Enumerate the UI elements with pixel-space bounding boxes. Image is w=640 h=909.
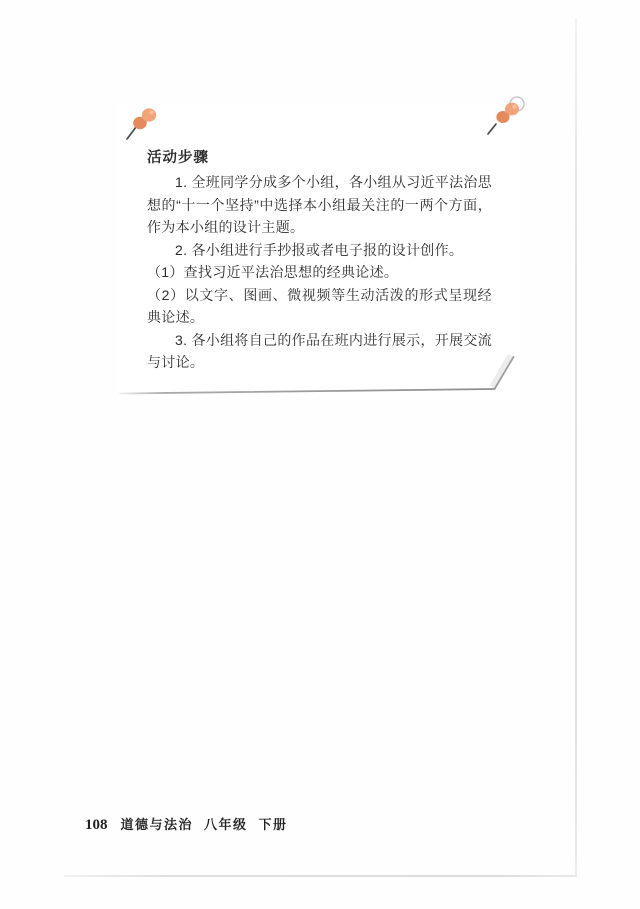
step-item-3: 3. 各小组将自己的作品在班内进行展示，开展交流与讨论。 — [147, 329, 492, 374]
footer-grade: 八年级 — [204, 814, 248, 833]
footer-volume: 下册 — [259, 814, 288, 833]
textbook-page: 活动步骤 1. 全班同学分成多个小组，各小组从习近平法治思想的“十一个坚持”中选… — [0, 0, 640, 909]
step-item-1: 1. 全班同学分成多个小组，各小组从习近平法治思想的“十一个坚持”中选择本小组最… — [147, 171, 492, 239]
footer-book-title: 道德与法治 — [121, 814, 194, 833]
card-steps: 1. 全班同学分成多个小组，各小组从习近平法治思想的“十一个坚持”中选择本小组最… — [147, 171, 492, 374]
pushpin-left-icon — [122, 103, 162, 148]
step-item-2-2: （2）以文字、图画、微视频等生动活泼的形式呈现经典论述。 — [147, 284, 492, 329]
pushpin-right-icon — [478, 93, 528, 145]
step-item-2-1: （1）查找习近平法治思想的经典论述。 — [147, 261, 492, 284]
page-scan-edge-bottom — [64, 875, 577, 877]
page-footer: 108 道德与法治 八年级 下册 — [85, 814, 299, 834]
page-scan-edge-right — [575, 18, 577, 876]
card-heading: 活动步骤 — [147, 146, 209, 167]
step-item-2: 2. 各小组进行手抄报或者电子报的设计创作。 — [147, 239, 492, 262]
page-number: 108 — [85, 817, 108, 834]
note-card: 活动步骤 1. 全班同学分成多个小组，各小组从习近平法治思想的“十一个坚持”中选… — [118, 105, 520, 399]
